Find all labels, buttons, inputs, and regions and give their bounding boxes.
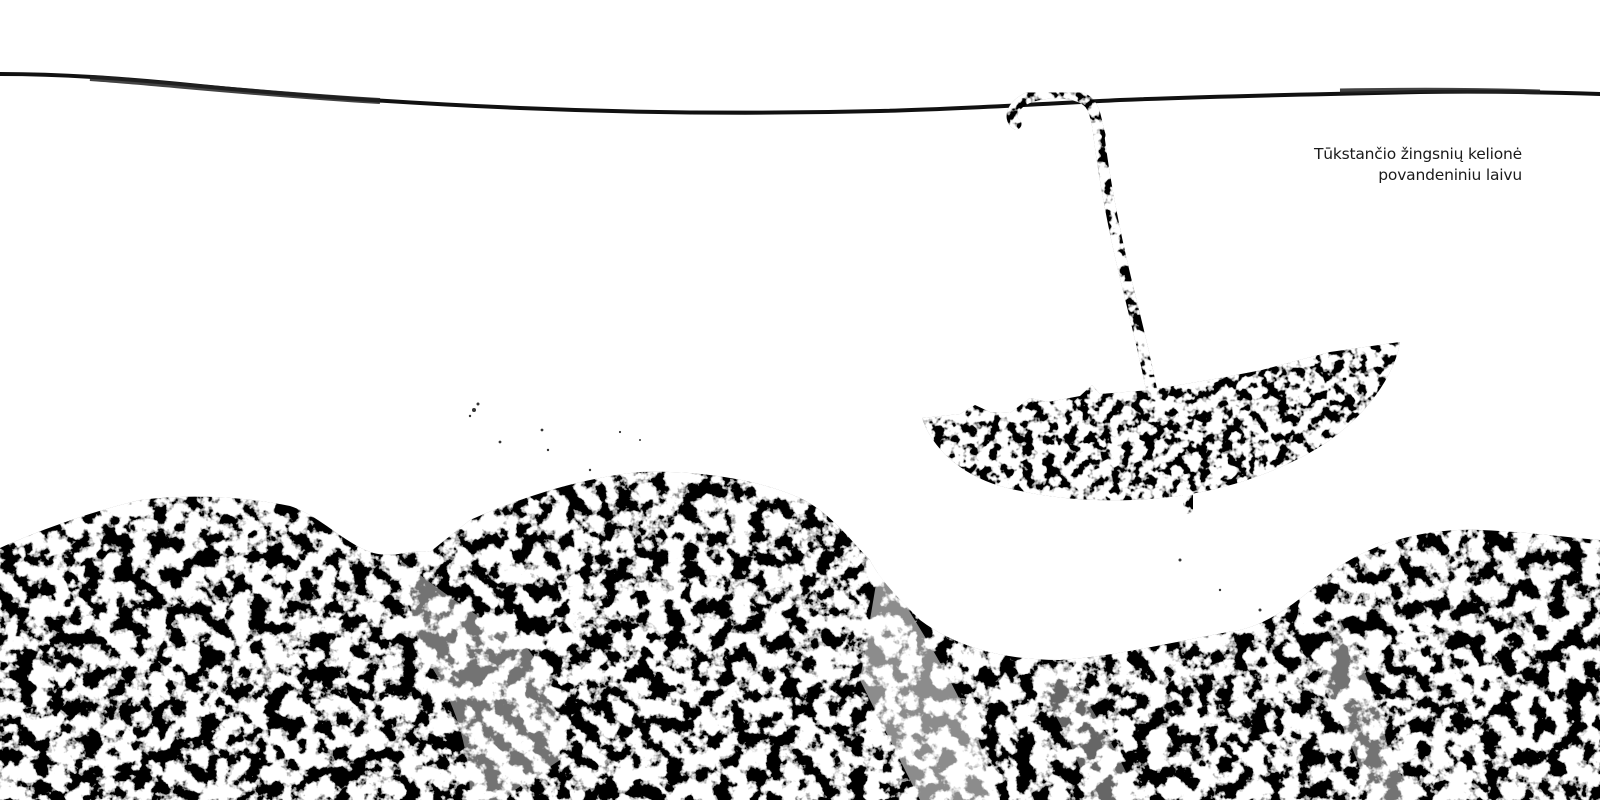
hanging-line — [0, 74, 1600, 113]
illustration-canvas — [0, 0, 1600, 800]
page-caption: Tūkstančio žingsnių kelionė povandeniniu… — [1314, 144, 1522, 186]
rocky-mountains — [0, 472, 1600, 800]
caption-line-2: povandeniniu laivu — [1314, 165, 1522, 186]
caption-line-1: Tūkstančio žingsnių kelionė — [1314, 144, 1522, 165]
illustration — [0, 0, 1600, 800]
